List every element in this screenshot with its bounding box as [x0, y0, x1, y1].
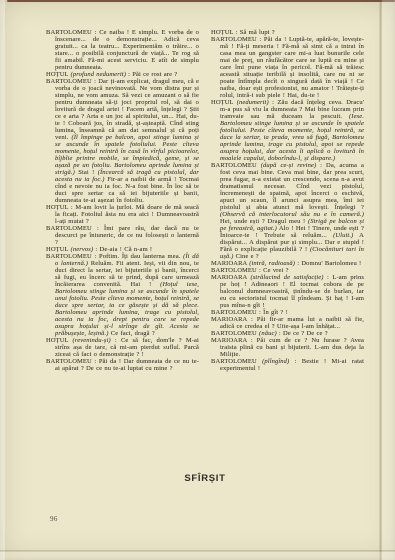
dialogue-entry: BARTOLOMEU : Păi da ! Luptă-te, apără-te…	[211, 36, 364, 99]
speaker-name: MARIOARA	[211, 337, 247, 344]
dialogue-entry: BARTOLOMEU (după ce-și revine) : Da, acu…	[211, 162, 364, 260]
stage-direction: (nervos)	[71, 246, 94, 253]
speaker-name: BARTOLOMEU	[46, 225, 92, 232]
speaker-name: BARTOLOMEU	[46, 253, 92, 260]
speaker-name: BARTOLOMEU	[211, 358, 257, 365]
stage-direction: (Strigă pe balcon și pe fereastră, agita…	[220, 218, 364, 232]
stage-direction: (Observă că interlocutorul său nu e în c…	[220, 211, 364, 218]
dialogue-entry: BARTOLOMEU : Păi da ! Dar dumneata de ce…	[46, 358, 199, 372]
dialogue-entry: MARIOARA : Păi cum de ce ? Nu furase ? A…	[211, 337, 364, 358]
dialogue-entry: HOȚUL (profund nedumerit) : Păi ce rost …	[46, 71, 199, 78]
speaker-name: BARTOLOMEU	[211, 330, 257, 337]
speaker-name: BARTOLOMEU	[46, 29, 92, 36]
stage-direction: (Uluit.)	[333, 232, 353, 239]
scanned-book-page: BARTOLOMEU : Ce naiba ! E simplu. E vorb…	[0, 0, 395, 560]
dialogue-entry: HOȚUL (revenindu-și) : Ce să fac, dom'le…	[46, 337, 199, 358]
stage-direction: (intră, radioasă)	[249, 260, 295, 267]
page-bottom-edge	[0, 552, 395, 560]
page-left-edge	[0, 0, 5, 560]
dialogue-entry: HOȚUL (nervos) : De-aia ! Că n-am !	[46, 246, 199, 253]
stage-direction: (profund nedumerit)	[71, 71, 126, 78]
dialogue-entry: MARIOARA : Păi fir-ar mama lui a naibii …	[211, 316, 364, 330]
dialogue-entry: BARTOLOMEU : Ce naiba ! E simplu. E vorb…	[46, 29, 199, 71]
stage-direction: (nedumerit)	[237, 99, 269, 106]
text-block: BARTOLOMEU : Ce naiba ! E simplu. E vorb…	[46, 29, 364, 372]
speaker-name: BARTOLOMEU	[211, 36, 257, 43]
dialogue-entry: BARTOLOMEU : Poftim. Îți dau lanterna me…	[46, 253, 199, 337]
speaker-name: BARTOLOMEU	[211, 309, 257, 316]
speaker-name: MARIOARA	[211, 274, 247, 281]
stage-direction: (plîngînd)	[262, 358, 289, 365]
stage-direction: (revenindu-și)	[73, 337, 111, 344]
page-right-edge	[382, 0, 395, 560]
ending-title: SFÎRȘIT	[46, 473, 364, 484]
dialogue-entry: HOȚUL : M-am lovit la țurloi. Mă doare d…	[46, 204, 199, 225]
speaker-name: HOȚUL	[46, 204, 68, 211]
stage-direction: (Încearcă să tragă cu pistolul, dar aces…	[55, 169, 199, 183]
dialogue-entry: BARTOLOMEU : În gît ? !	[211, 309, 364, 316]
speaker-name: MARIOARA	[211, 260, 247, 267]
speaker-name: BARTOLOMEU	[211, 162, 257, 169]
dialogue-entry: BARTOLOMEU (năuc) : De ce ? De ce ?	[211, 330, 364, 337]
left-column: BARTOLOMEU : Ce naiba ! E simplu. E vorb…	[46, 29, 199, 372]
stage-direction: (Hoțul iese, Bartolomeu stinge lumina și…	[55, 281, 199, 337]
dialogue-entry: BARTOLOMEU : Îmi pare rău, dar dacă nu t…	[46, 225, 199, 246]
speaker-name: HOȚUL	[46, 337, 68, 344]
dialogue-entry: MARIOARA (strălucind de satisfacție) : L…	[211, 274, 364, 309]
stage-direction: (strălucind de satisfacție)	[250, 274, 323, 281]
stage-direction: (Ciocănituri tari în ușă.)	[220, 246, 364, 260]
speaker-name: BARTOLOMEU	[46, 78, 92, 85]
right-column: HOȚUL : Să mă lupt ?BARTOLOMEU : Păi da …	[211, 29, 364, 372]
speaker-name: BARTOLOMEU	[46, 358, 92, 365]
dialogue-entry: BARTOLOMEU : Dar ți-am explicat, dragul …	[46, 78, 199, 204]
dialogue-entry: MARIOARA (intră, radioasă) : Domnu' Bart…	[211, 260, 364, 267]
speaker-name: BARTOLOMEU	[211, 267, 257, 274]
speaker-name: HOȚUL	[46, 246, 68, 253]
stage-direction: (după ce-și revine)	[261, 162, 316, 169]
scan-top-edge-line	[7, 0, 395, 2]
dialogue-entry: HOȚUL : Să mă lupt ?	[211, 29, 364, 36]
speaker-name: MARIOARA	[211, 316, 247, 323]
page-number: 96	[50, 515, 58, 523]
stage-direction: (Iese. Bartolomeu stinge lumina și se as…	[220, 113, 364, 162]
stage-direction: (năuc)	[259, 330, 277, 337]
dialogue-entry: BARTOLOMEU : Ce vrei ?	[211, 267, 364, 274]
speaker-name: HOȚUL	[46, 71, 68, 78]
dialogue-entry: HOȚUL (nedumerit) : Zău dacă înțeleg cev…	[211, 99, 364, 162]
speaker-name: HOȚUL	[211, 29, 233, 36]
dialogue-entry: BARTOLOMEU (plîngînd) : Bestie ! Mi-ai r…	[211, 358, 364, 372]
speaker-name: HOȚUL	[211, 99, 233, 106]
